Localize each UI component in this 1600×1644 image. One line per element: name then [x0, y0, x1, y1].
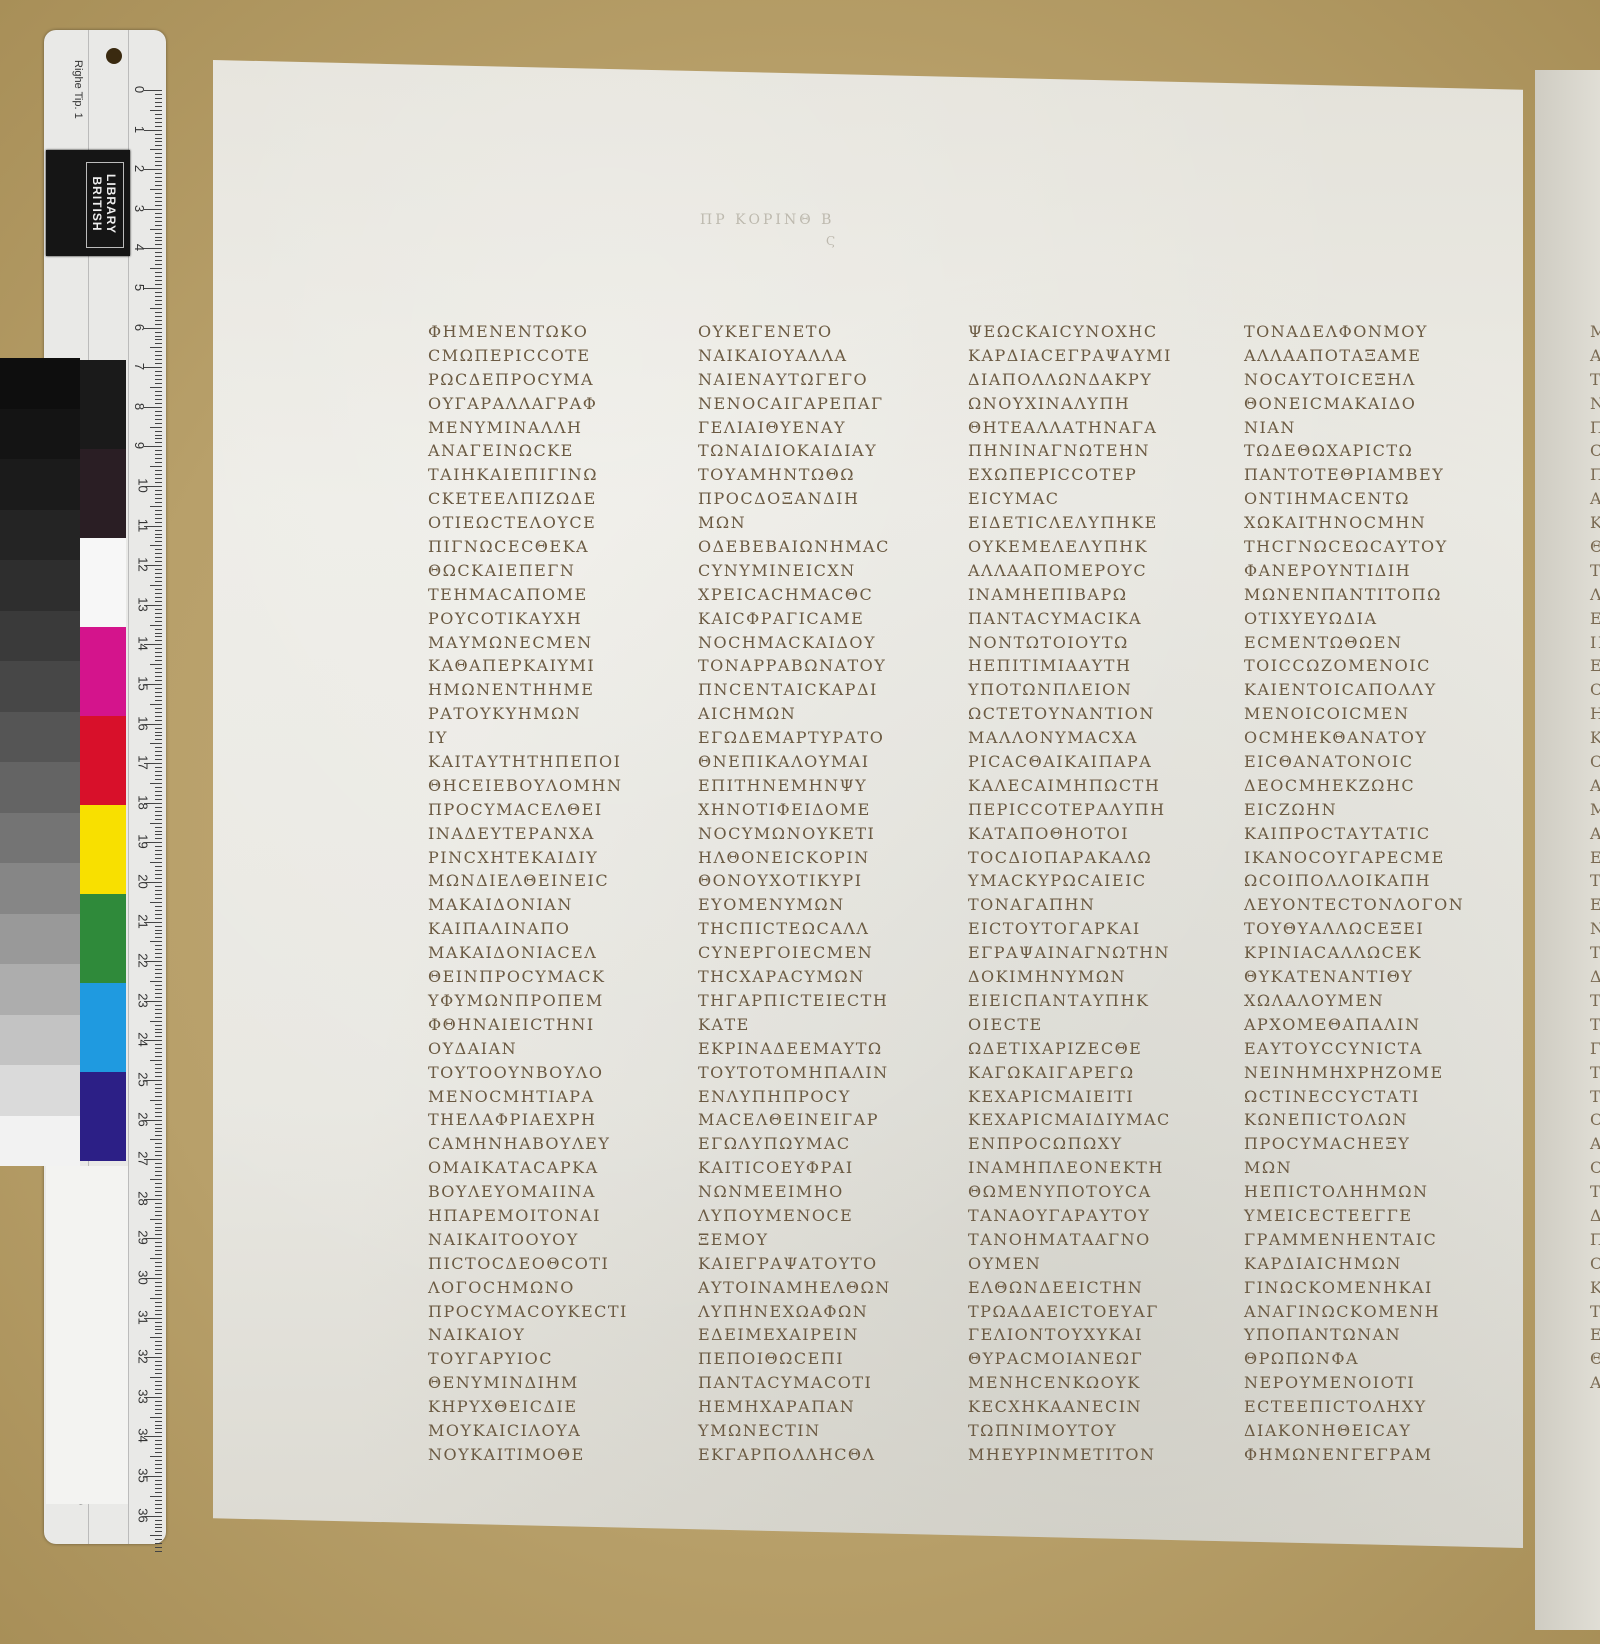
ruler-tick: [155, 1088, 162, 1089]
ruler-tick: [144, 1159, 162, 1160]
ruler-tick: [155, 739, 162, 740]
manuscript-line: ΔΥΝΑ: [1590, 965, 1600, 989]
ruler-tick: [155, 553, 162, 554]
ruler-tick: [155, 933, 162, 934]
manuscript-line: ΠΑΝΤΑϹΥΜΑϹΙΚΑ: [968, 607, 1172, 631]
ruler-tick: [155, 577, 162, 578]
ruler-tick: [155, 1274, 162, 1275]
manuscript-line: ΑΛΛΑΑΠΟΜΕΡΟΥϹ: [968, 559, 1172, 583]
manuscript-line: ΠΝϹΕΝΤΑΙϹΚΑΡΔΙ: [698, 678, 891, 702]
manuscript-line: ΕΓΡΑΨΑΙΝΑΓΝΩΤΗΝ: [968, 941, 1172, 965]
gray-step-patch: [0, 560, 80, 611]
ruler-tick: [155, 997, 162, 998]
ruler-tick: [155, 1286, 162, 1287]
manuscript-line: ΠΡΟϹΥΜΑϹΟΥΚΕϹΤΙ: [428, 1300, 628, 1324]
manuscript-line: ΠΑΝΤΑϹΥΜΑϹΟΤΙ: [698, 1371, 891, 1395]
ruler-tick: [155, 894, 162, 895]
manuscript-line: ΝΑΙΚΑΙΤΟΟΥΟΥ: [428, 1228, 628, 1252]
ruler-tick: [155, 609, 162, 610]
ruler-tick: [155, 1468, 162, 1469]
ruler-tick: [155, 1432, 162, 1433]
ruler-tick: [155, 1421, 162, 1422]
ruler-tick: [144, 209, 162, 210]
ruler-tick: [150, 1377, 162, 1378]
ruler-tick: [155, 906, 162, 907]
ruler-tick: [155, 910, 162, 911]
ruler-tick: [155, 811, 162, 812]
ruler-tick: [144, 724, 162, 725]
color-target: [80, 360, 126, 1161]
ruler-tick: [155, 854, 162, 855]
manuscript-line: ΚΩΝΕΠΙϹΤΟΛΩΝ: [1244, 1108, 1464, 1132]
manuscript-line: ΠΕΡΙϹϹΟΤΕΡΑΛΥΠΗ: [968, 798, 1172, 822]
manuscript-line: ΟΔΕΒΕΒΑΙΩΝΗΜΑϹ: [698, 535, 891, 559]
manuscript-line: ΑΝΑΓΕΙΝΩϹΚΕ: [428, 439, 628, 463]
ruler-tick: [155, 1373, 162, 1374]
manuscript-line: ΤΩΝΑΙΔΙΟΚΑΙΔΙΑΥ: [698, 439, 891, 463]
manuscript-line: ΚΑΙΤΙϹΟΕΥΦΡΑΙ: [698, 1156, 891, 1180]
manuscript-line: ΜΕΝΥΜΙΝΑΛΛΗ: [428, 416, 628, 440]
manuscript-line: ΝΟΙ: [1590, 392, 1600, 416]
manuscript-line: ΤΟΠΡ: [1590, 1013, 1600, 1037]
ruler-tick: [150, 506, 162, 507]
gray-step-patch: [0, 762, 80, 813]
ruler-tick: [150, 1456, 162, 1457]
manuscript-line: ϹΑΡΚ: [1590, 439, 1600, 463]
ruler-tick: [155, 371, 162, 372]
ruler-tick: [155, 850, 162, 851]
gray-step-patch: [0, 1015, 80, 1066]
ruler-tick: [155, 676, 162, 677]
manuscript-line: ΘΕΙΝΠΡΟϹΥΜΑϹΚ: [428, 965, 628, 989]
manuscript-line: ΚΑΤΑΠΟΘΗΟΤΟΙ: [968, 822, 1172, 846]
manuscript-line: ΝΕΝΟϹΑΙΓΑΡΕΠΑΓ: [698, 392, 891, 416]
gray-step-patch: [0, 358, 80, 409]
ruler-tick: [155, 1326, 162, 1327]
ruler-tick: [155, 668, 162, 669]
manuscript-line: ΚΑΙΝ: [1590, 726, 1600, 750]
ruler-tick: [155, 201, 162, 202]
manuscript-line: ΜΑΛΛΟΝΥΜΑϹΧΑ: [968, 726, 1172, 750]
manuscript-line: ΥΜΑϹΚΥΡΩϹΑΙΕΙϹ: [968, 869, 1172, 893]
manuscript-line: ΕΑΥΤΟΥϹϹΥΝΙϹΤΑ: [1244, 1037, 1464, 1061]
manuscript-line: ΟΥΜΕΝ: [968, 1252, 1172, 1276]
manuscript-line: ΛΥΠΗΝΕΧΩΑΦΩΝ: [698, 1300, 891, 1324]
ruler-tick: [155, 1531, 162, 1532]
manuscript-line: ΜΩΝ: [1244, 1156, 1464, 1180]
ruler-tick: [155, 1171, 162, 1172]
ruler-tick: [144, 565, 162, 566]
badge-line-british: BRITISH: [90, 174, 104, 234]
manuscript-line: ΤΩΠΝΙΜΟΥΤΟΥ: [968, 1419, 1172, 1443]
ruler-tick: [150, 1258, 162, 1259]
manuscript-line: ΜΩΝ: [698, 511, 891, 535]
manuscript-line: ΚΑΛΕϹΑΙΜΗΠΩϹΤΗ: [968, 774, 1172, 798]
manuscript-line: ΚΑΙΠΡΟϹΤΑΥΤΑΤΙϹ: [1244, 822, 1464, 846]
color-patch-red: [80, 716, 126, 805]
ruler-tick: [155, 656, 162, 657]
ruler-tick: [155, 581, 162, 582]
manuscript-line: ΕΙϹΖΩΗΝ: [1244, 798, 1464, 822]
gray-step-patch: [0, 661, 80, 712]
ruler-tick: [155, 692, 162, 693]
manuscript-line: ΘΝΕΠΙΚΑΛΟΥΜΑΙ: [698, 750, 891, 774]
manuscript-line: ΤΕΗΜΑϹΑΠΟΜΕ: [428, 583, 628, 607]
ruler-tick: [155, 1353, 162, 1354]
manuscript-line: ΝΕΡΟΥΜΕΝΟΙΟΤΙ: [1244, 1371, 1464, 1395]
color-patch-yellow: [80, 805, 126, 894]
color-patch-green: [80, 894, 126, 983]
manuscript-line: ΤΗΕΛΑΦΡΙΑΕΧΡΗ: [428, 1108, 628, 1132]
manuscript-line: ΤΗΓΑΡΠΙϹΤΕΙΕϹΤΗ: [698, 989, 891, 1013]
ruler-tick: [155, 395, 162, 396]
manuscript-line: ΤΟΥΘΥΑΛΛΩϹΕΞΕΙ: [1244, 917, 1464, 941]
ruler-tick: [144, 1318, 162, 1319]
ruler-tick: [155, 399, 162, 400]
manuscript-line: ΝΟϹΗΜΑϹΚΑΙΔΟΥ: [698, 631, 891, 655]
color-patch-white: [80, 538, 126, 627]
ruler-tick: [155, 1064, 162, 1065]
ruler-tick: [155, 1167, 162, 1168]
manuscript-line: ΚΗΡΥΧΘΕΙϹΔΙΕ: [428, 1395, 628, 1419]
ruler-tick: [155, 652, 162, 653]
ruler-tick: [150, 823, 162, 824]
manuscript-line: ΛΕΥΟΝΤΕϹΤΟΝΛΟΓΟΝ: [1244, 893, 1464, 917]
ruler-tick: [155, 918, 162, 919]
manuscript-line: ΛΟΓΟϹΗΜΩΝΟ: [428, 1276, 628, 1300]
manuscript-line: ΑΛΛ: [1590, 344, 1600, 368]
manuscript-line: ΠΟΛΛ: [1590, 1228, 1600, 1252]
ruler-tick: [155, 284, 162, 285]
ruler-tick: [155, 1175, 162, 1176]
ruler-tick: [144, 1080, 162, 1081]
manuscript-line: ΦΑΝΕΡΟΥΝΤΙΔΙΗ: [1244, 559, 1464, 583]
manuscript-line: ΝΑΙΚΑΙΟΥ: [428, 1323, 628, 1347]
ruler-tick: [155, 890, 162, 891]
gray-step-patch: [0, 813, 80, 864]
ruler-tick: [155, 791, 162, 792]
ruler-tick: [150, 1417, 162, 1418]
manuscript-line: ΚΑΙΕΝΤΟΙϹΑΠΟΛΛΥ: [1244, 678, 1464, 702]
ruler-tick: [155, 680, 162, 681]
ruler-tick: [155, 898, 162, 899]
ruler-tick: [155, 1543, 162, 1544]
facing-page-column: ΜΕΝΑΛΛΤΟϹΝΟΙΠΛΑϹΑΡΚΠΕΠΟΑΥΤΗΚΑΙΤΟΥΘΝΟΤΩΝΛ…: [1590, 320, 1600, 1395]
ruler-tick: [155, 1032, 162, 1033]
manuscript-line: ΘΟΝΕΙϹΜΑΚΑΙΔΟ: [1244, 392, 1464, 416]
ruler-tick: [155, 1539, 162, 1540]
ruler-tick: [155, 138, 162, 139]
ruler-tick: [155, 1044, 162, 1045]
manuscript-line: ΤΟϹ: [1590, 368, 1600, 392]
manuscript-line: ΩΔΕΤΙΧΑΡΙΖΕϹΘΕ: [968, 1037, 1172, 1061]
ruler-tick: [150, 941, 162, 942]
manuscript-line: ΚΕϹΧΗΚΑΑΝΕϹΙΝ: [968, 1395, 1172, 1419]
ruler-tick: [155, 1068, 162, 1069]
manuscript-line: ΕΛΘΩΝΔΕΕΙϹΤΗΝ: [968, 1276, 1172, 1300]
manuscript-line: ΜΕΝΟΙϹΟΙϹΜΕΝ: [1244, 702, 1464, 726]
ruler-tick: [155, 708, 162, 709]
manuscript-line: ΕΓΩΔΕΜΑΡΤΥΡΑΤΟ: [698, 726, 891, 750]
ruler-tick: [150, 1298, 162, 1299]
ruler-tick: [150, 783, 162, 784]
ruler-tick: [155, 442, 162, 443]
manuscript-line: ΕΙΕΙϹΠΑΝΤΑΥΠΗΚ: [968, 989, 1172, 1013]
ruler-tick: [155, 1112, 162, 1113]
manuscript-line: ΕΝΤΕ: [1590, 893, 1600, 917]
ruler-tick: [155, 617, 162, 618]
manuscript-line: ΝΑΙΚΑΙΟΥΑΛΛΑ: [698, 344, 891, 368]
manuscript-line: ΛΥΠΟΥΜΕΝΟϹΕ: [698, 1204, 891, 1228]
manuscript-line: ΟΥΚΕΓΕΝΕΤΟ: [698, 320, 891, 344]
ruler-tick: [155, 431, 162, 432]
ruler-tick: [155, 225, 162, 226]
ruler-tick: [150, 229, 162, 230]
manuscript-line: ΜΑΛ: [1590, 798, 1600, 822]
ruler-tick: [155, 221, 162, 222]
ruler-tick: [155, 458, 162, 459]
ruler-tick: [150, 1021, 162, 1022]
manuscript-line: ΕΠΙΤΗΝΕΜΗΝΨΥ: [698, 774, 891, 798]
manuscript-line: ΘΩϹΚΑΙΕΠΕΓΝ: [428, 559, 628, 583]
ruler-tick: [144, 486, 162, 487]
ruler-tick: [144, 446, 162, 447]
ruler-tick: [155, 1013, 162, 1014]
ruler-tick: [155, 732, 162, 733]
british-library-badge: LIBRARY BRITISH: [46, 150, 130, 256]
manuscript-line: ΝΑΙΕΝΑΥΤΩΓΕΓΟ: [698, 368, 891, 392]
ruler-tick: [155, 985, 162, 986]
ruler-tick: [144, 842, 162, 843]
manuscript-line: ΑΥΤΗ: [1590, 487, 1600, 511]
ruler-tick: [155, 1369, 162, 1370]
manuscript-line: ΞΕΜΟΥ: [698, 1228, 891, 1252]
manuscript-line: ΚΑΛΛ: [1590, 1276, 1600, 1300]
gray-step-patch: [0, 863, 80, 914]
manuscript-line: ΙΥ: [428, 726, 628, 750]
ruler-small-scale-label: Righe Tip. 1: [72, 60, 84, 119]
manuscript-line: ΓΕΛΙΟΝΤΟΥΧΥΚΑΙ: [968, 1323, 1172, 1347]
ruler-tick: [155, 1036, 162, 1037]
ruler-tick: [155, 771, 162, 772]
ruler-tick: [155, 419, 162, 420]
ruler-tick: [155, 1448, 162, 1449]
manuscript-line: ΚΑΙϹΦΡΑΓΙϹΑΜΕ: [698, 607, 891, 631]
ruler-tick: [155, 874, 162, 875]
ruler-tick: [150, 1219, 162, 1220]
gray-step-patch: [0, 712, 80, 763]
ruler-tick: [150, 704, 162, 705]
ruler-tick: [155, 1484, 162, 1485]
quire-mark: Ϛ: [826, 234, 835, 248]
manuscript-line: ΕΝΛΥΠΗΠΡΟϹΥ: [698, 1085, 891, 1109]
manuscript-line: ΜΕΝΗϹΕΝΚΩΟΥΚ: [968, 1371, 1172, 1395]
ruler-tick: [155, 1452, 162, 1453]
manuscript-line: ΚΑΓΩΚΑΙΓΑΡΕΓΩ: [968, 1061, 1172, 1085]
manuscript-line: ΟϹΜΗΕΚΘΑΝΑΤΟΥ: [1244, 726, 1464, 750]
manuscript-line: ΤΩΝ: [1590, 559, 1600, 583]
manuscript-line: ΘΙϹΙ: [1590, 1347, 1600, 1371]
manuscript-line: ΝΩΝΜΕΕΙΜΗΟ: [698, 1180, 891, 1204]
ruler-tick: [155, 827, 162, 828]
manuscript-line: ΚΑΡΔΙΑϹΕΓΡΑΨΑΥΜΙ: [968, 344, 1172, 368]
ruler-tick: [155, 415, 162, 416]
manuscript-line: ΚΕΧΑΡΙϹΜΑΙΔΙΥΜΑϹ: [968, 1108, 1172, 1132]
manuscript-line: ΜΕΝΟϹΜΗΤΙΑΡΑ: [428, 1085, 628, 1109]
ruler-tick: [155, 636, 162, 637]
ruler-tick: [144, 407, 162, 408]
ruler-tick: [155, 1246, 162, 1247]
ruler-tick: [155, 118, 162, 119]
ruler-tick: [155, 886, 162, 887]
manuscript-line: ΝΕΙΝΗΜΗΧΡΗΖΟΜΕ: [1244, 1061, 1464, 1085]
manuscript-line: ΤΟΛΕ: [1590, 1300, 1600, 1324]
ruler-tick: [155, 1341, 162, 1342]
manuscript-line: ΟΥΚΕΜΕΛΕΛΥΠΗΚ: [968, 535, 1172, 559]
manuscript-line: ΩϹΟΙΠΟΛΛΟΙΚΑΠΗ: [1244, 869, 1464, 893]
ruler-tick: [144, 1040, 162, 1041]
ruler-tick: [155, 391, 162, 392]
text-column-1: ΦΗΜΕΝΕΝΤΩΚΟϹΜΩΠΕΡΙϹϹΟΤΕΡΩϹΔΕΠΡΟϹΥΜΑΟΥΓΑΡ…: [428, 320, 628, 1467]
ruler-tick: [155, 1310, 162, 1311]
manuscript-line: ΚΡΙΝΙΑϹΑΛΛΩϹΕΚ: [1244, 941, 1464, 965]
manuscript-line: ΤΟΝΑΓΑΠΗΝ: [968, 893, 1172, 917]
manuscript-line: ΟΜΑΙΚΑΤΑϹΑΡΚΑ: [428, 1156, 628, 1180]
ruler-tick: [155, 977, 162, 978]
ruler-tick: [155, 1052, 162, 1053]
manuscript-line: ΡΑΤΟΥΚΥΗΜΩΝ: [428, 702, 628, 726]
manuscript-line: ΓΕΕΩ: [1590, 1037, 1600, 1061]
ruler-tick: [155, 1005, 162, 1006]
ruler-tick: [155, 1508, 162, 1509]
manuscript-line: ΤΗϹΚ: [1590, 1180, 1600, 1204]
manuscript-line: ΘΥΚΑΤΕΝΑΝΤΙΘΥ: [1244, 965, 1464, 989]
manuscript-line: ΗΕΠΙΤΙΜΙΑΑΥΤΗ: [968, 654, 1172, 678]
ruler-tick: [155, 973, 162, 974]
manuscript-line: ΤΟϹΔΙΟΠΑΡΑΚΑΛΩ: [968, 846, 1172, 870]
manuscript-line: ΑΛΛΑ: [1590, 1371, 1600, 1395]
ruler-tick: [155, 197, 162, 198]
ruler-tick: [155, 233, 162, 234]
manuscript-line: ΑΡΧΟΜΕΘΑΠΑΛΙΝ: [1244, 1013, 1464, 1037]
ruler-tick: [155, 561, 162, 562]
ruler-tick: [155, 359, 162, 360]
ruler-tick: [155, 534, 162, 535]
ruler-tick: [155, 1187, 162, 1188]
manuscript-line: ΒΟΥΛΕΥΟΜΑΙΙΝΑ: [428, 1180, 628, 1204]
ruler-tick: [155, 569, 162, 570]
ruler-tick: [155, 292, 162, 293]
ruler-tick: [150, 189, 162, 190]
ruler-tick: [155, 490, 162, 491]
ruler-tick: [155, 775, 162, 776]
ruler-tick: [155, 494, 162, 495]
ruler-tick: [155, 1250, 162, 1251]
ruler-tick: [155, 870, 162, 871]
manuscript-line: ΑΛΛ: [1590, 774, 1600, 798]
manuscript-line: ΔΟΚΙΜΗΝΥΜΩΝ: [968, 965, 1172, 989]
ruler-tick: [155, 807, 162, 808]
ruler-tick: [155, 375, 162, 376]
ruler-tick: [155, 256, 162, 257]
ruler-tick: [155, 94, 162, 95]
manuscript-line: ΕΓΩΛΥΠΩΥΜΑϹ: [698, 1132, 891, 1156]
ruler-tick: [155, 965, 162, 966]
ruler-tick: [155, 1444, 162, 1445]
ruler-tick: [155, 953, 162, 954]
gray-step-patch: [0, 611, 80, 662]
manuscript-line: ΠΑΝΤΟΤΕΘΡΙΑΜΒΕΥ: [1244, 463, 1464, 487]
ruler-tick: [155, 1266, 162, 1267]
ruler-tick: [150, 625, 162, 626]
manuscript-line: ΦΗΜΕΝΕΝΤΩΚΟ: [428, 320, 628, 344]
manuscript-line: ΟΥΓΑΡΑΛΛΑΓΡΑΦ: [428, 392, 628, 416]
manuscript-line: ΔΙΑΠΟΛΛΩΝΔΑΚΡΥ: [968, 368, 1172, 392]
ruler-tick: [150, 427, 162, 428]
ruler-tick: [155, 926, 162, 927]
ruler-tick: [150, 1100, 162, 1101]
manuscript-line: ϹΥΝΥΜΙΝΕΙϹΧΝ: [698, 559, 891, 583]
manuscript-line: ΨΕΩϹΚΑΙϹΥΝΟΧΗϹ: [968, 320, 1172, 344]
ruler-tick: [155, 937, 162, 938]
text-column-4: ΤΟΝΑΔΕΛΦΟΝΜΟΥΑΛΛΑΑΠΟΤΑΞΑΜΕΝΟϹΑΥΤΟΙϹΕΞΗΛΘ…: [1244, 320, 1464, 1467]
ruler-tick: [155, 1547, 162, 1548]
ruler-tick: [155, 157, 162, 158]
ruler-tick: [155, 260, 162, 261]
manuscript-line: ΤΟΥΑΜΗΝΤΩΘΩ: [698, 463, 891, 487]
ruler-tick: [155, 949, 162, 950]
manuscript-line: ΤΟΥΤΟΟΥΝΒΟΥΛΟ: [428, 1061, 628, 1085]
ruler-tick: [150, 902, 162, 903]
ruler-tick: [155, 1124, 162, 1125]
ruler-tick: [155, 1393, 162, 1394]
manuscript-line: ΕΝΠΡΟϹΩΠΩΧΥ: [968, 1132, 1172, 1156]
manuscript-line: ΝΟϹΥΜΩΝΟΥΚΕΤΙ: [698, 822, 891, 846]
ruler-tick: [155, 474, 162, 475]
ruler-tick: [155, 1254, 162, 1255]
ruler-tick: [150, 1496, 162, 1497]
ruler-tick: [150, 1060, 162, 1061]
ruler-tick: [155, 838, 162, 839]
ruler-tick: [155, 1128, 162, 1129]
ruler-tick: [155, 351, 162, 352]
ruler-tick: [155, 122, 162, 123]
ruler-tick: [155, 332, 162, 333]
manuscript-line: ΑΙϹΗΜΩΝ: [698, 702, 891, 726]
manuscript-line: ΘΩΜΕΝΥΠΟΤΟΥϹΑ: [968, 1180, 1172, 1204]
manuscript-line: ΧΗΝΟΤΙΦΕΙΔΟΜΕ: [698, 798, 891, 822]
ruler-tick: [155, 1349, 162, 1350]
ruler-tick: [155, 1183, 162, 1184]
manuscript-line: ΑΝΑΓΙΝΩϹΚΟΜΕΝΗ: [1244, 1300, 1464, 1324]
manuscript-line: ΔΟΞΗ: [1590, 1204, 1600, 1228]
manuscript-line: ΡΟΥϹΟΤΙΚΑΥΧΗ: [428, 607, 628, 631]
manuscript-line: ΕΚΓΑΡΠΟΛΛΗϹΘΛ: [698, 1443, 891, 1467]
ruler-tick: [155, 1551, 162, 1552]
ruler-tick: [155, 185, 162, 186]
manuscript-line: ΝΙΑΝ: [1244, 416, 1464, 440]
manuscript-line: ΜΑΚΑΙΔΟΝΙΑΝ: [428, 893, 628, 917]
ruler-tick: [155, 145, 162, 146]
ruler-tick: [155, 1500, 162, 1501]
manuscript-line: ΓΙΝΩϹΚΟΜΕΝΗΚΑΙ: [1244, 1276, 1464, 1300]
manuscript-line: ΡΙΝϹΧΗΤΕΚΑΙΔΙΥ: [428, 846, 628, 870]
ruler-tick: [155, 720, 162, 721]
ruler-tick: [155, 914, 162, 915]
manuscript-line: ΜΑΥΜΩΝΕϹΜΕΝ: [428, 631, 628, 655]
manuscript-line: ΕΙϹΘΑΝΑΤΟΝΟΙϹ: [1244, 750, 1464, 774]
ruler-tick: [155, 1385, 162, 1386]
